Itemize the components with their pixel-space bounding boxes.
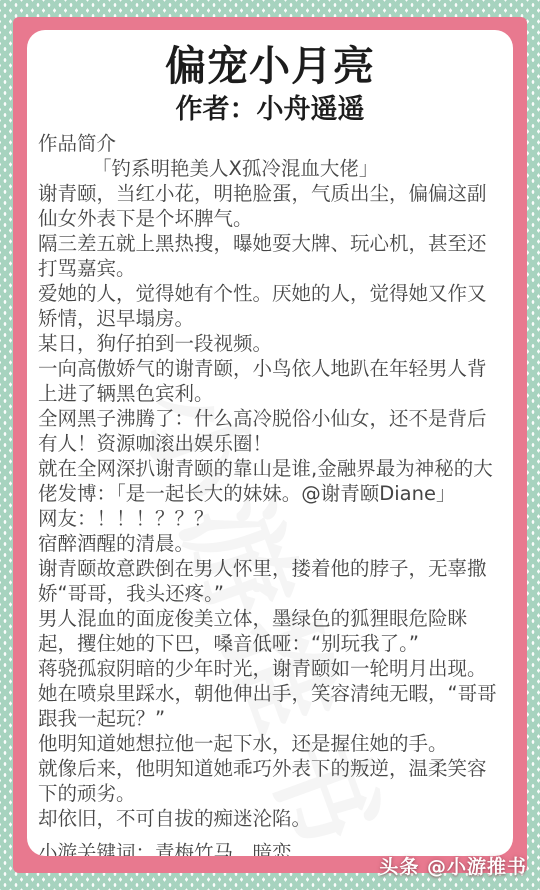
paragraph: 宿醉酒醒的清晨。 <box>38 531 502 556</box>
paragraph: 蒋骁孤寂阴暗的少年时光，谢青颐如一轮明月出现。 <box>38 656 502 681</box>
paragraph: 就在全网深扒谢青颐的靠山是谁,金融界最为神秘的大佬发博：「是一起长大的妹妹。@谢… <box>38 456 502 506</box>
paragraph: 他明知道她想拉他一起下水，还是握住她的手。 <box>38 731 502 756</box>
paragraph: 谢青颐故意跌倒在男人怀里，搂着他的脖子，无辜撒娇“哥哥，我头还疼。” <box>38 556 502 606</box>
paragraph: 男人混血的面庞俊美立体，墨绿色的狐狸眼危险眯起，攫住她的下巴，嗓音低哑：“别玩我… <box>38 606 502 656</box>
promo-page: { "page": { "title": "偏宠小月亮", "author": … <box>0 0 540 890</box>
section-label: 作品简介 <box>38 131 502 156</box>
paragraph: 却依旧，不可自拔的痴迷沦陷。 <box>38 806 502 831</box>
paragraph: 一向高傲娇气的谢青颐，小鸟依人地趴在年轻男人背上进了辆黑色宾利。 <box>38 356 502 406</box>
paragraph: 网友：！！！？？？ <box>38 506 502 531</box>
paragraph: 爱她的人，觉得她有个性。厌她的人，觉得她又作又矫情，迟早塌房。 <box>38 281 502 331</box>
paragraph: 她在喷泉里踩水，朝他伸出手，笑容清纯无暇，“哥哥跟我一起玩？” <box>38 681 502 731</box>
paragraph: 就像后来，他明知道她乖巧外表下的叛逆，温柔笑容下的顽劣。 <box>38 756 502 806</box>
paragraph: 谢青颐，当红小花，明艳脸蛋，气质出尘，偏偏这副仙女外表下是个坏脾气。 <box>38 181 502 231</box>
paragraph: 某日，狗仔拍到一段视频。 <box>38 331 502 356</box>
book-title: 偏宠小月亮 <box>38 40 502 92</box>
toutiao-credit-watermark: 头条 @小游推书 <box>379 852 527 879</box>
paragraph: 全网黑子沸腾了：什么高冷脱俗小仙女，还不是背后有人！资源咖滚出娱乐圈！ <box>38 406 502 456</box>
paragraph: 隔三差五就上黑热搜，曝她耍大牌、玩心机，甚至还打骂嘉宾。 <box>38 231 502 281</box>
synopsis: 谢青颐，当红小花，明艳脸蛋，气质出尘，偏偏这副仙女外表下是个坏脾气。 隔三差五就… <box>38 181 502 831</box>
author-line: 作者：小舟遥遥 <box>38 92 502 127</box>
content-card: 小游推书 偏宠小月亮 作者：小舟遥遥 作品简介 「钓系明艳美人X孤冷混血大佬」 … <box>27 30 513 856</box>
tagline: 「钓系明艳美人X孤冷混血大佬」 <box>38 156 502 181</box>
